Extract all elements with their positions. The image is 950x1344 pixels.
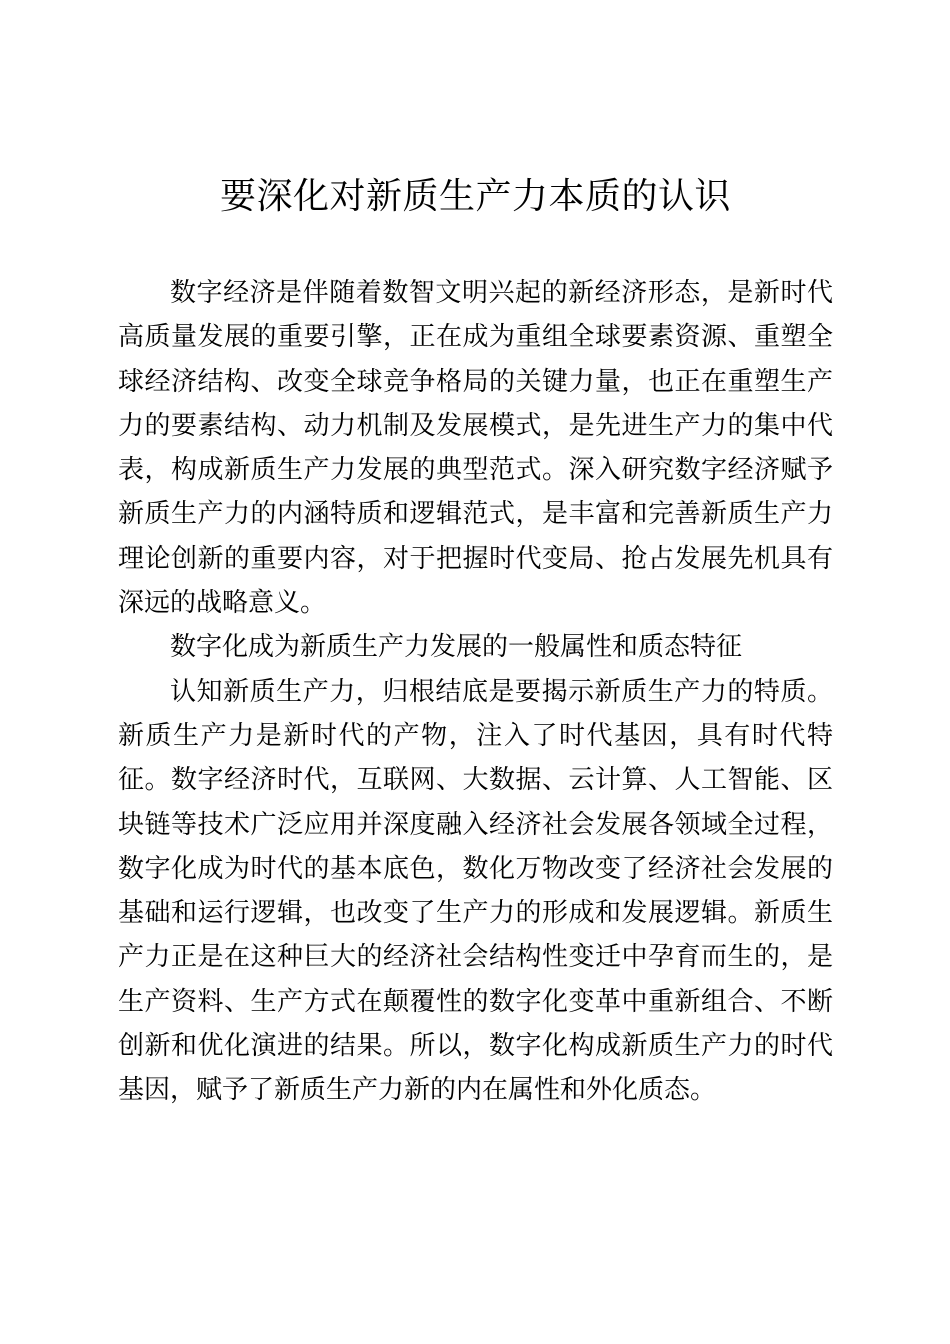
text-line: 新质生产力是新时代的产物，注入了时代基因，具有时代特 [118, 713, 833, 757]
document-page: 要深化对新质生产力本质的认识 数字经济是伴随着数智文明兴起的新经济形态，是新时代… [0, 0, 950, 1344]
paragraph-intro: 数字经济是伴随着数智文明兴起的新经济形态，是新时代 高质量发展的重要引擎，正在成… [118, 270, 833, 624]
text-line: 基础和运行逻辑，也改变了生产力的形成和发展逻辑。新质生 [118, 890, 833, 934]
text-line: 基因，赋予了新质生产力新的内在属性和外化质态。 [118, 1067, 833, 1111]
text-line: 产力正是在这种巨大的经济社会结构性变迁中孕育而生的，是 [118, 934, 833, 978]
text-line: 球经济结构、改变全球竞争格局的关键力量，也正在重塑生产 [118, 359, 833, 403]
document-content: 要深化对新质生产力本质的认识 数字经济是伴随着数智文明兴起的新经济形态，是新时代… [0, 0, 950, 1112]
text-line: 深远的战略意义。 [118, 580, 833, 624]
text-line: 认知新质生产力，归根结底是要揭示新质生产力的特质。 [118, 669, 833, 713]
text-line: 高质量发展的重要引擎，正在成为重组全球要素资源、重塑全 [118, 314, 833, 358]
text-line: 块链等技术广泛应用并深度融入经济社会发展各领域全过程， [118, 802, 833, 846]
text-line: 力的要素结构、动力机制及发展模式，是先进生产力的集中代 [118, 403, 833, 447]
text-line: 数字化成为时代的基本底色，数化万物改变了经济社会发展的 [118, 846, 833, 890]
text-line: 创新和优化演进的结果。所以，数字化构成新质生产力的时代 [118, 1023, 833, 1067]
text-line: 理论创新的重要内容，对于把握时代变局、抢占发展先机具有 [118, 536, 833, 580]
section-heading-line: 数字化成为新质生产力发展的一般属性和质态特征 [118, 624, 833, 668]
paragraph-section-heading: 数字化成为新质生产力发展的一般属性和质态特征 [118, 624, 833, 668]
text-line: 数字经济是伴随着数智文明兴起的新经济形态，是新时代 [118, 270, 833, 314]
text-line: 新质生产力的内涵特质和逻辑范式，是丰富和完善新质生产力 [118, 491, 833, 535]
paragraph-body: 认知新质生产力，归根结底是要揭示新质生产力的特质。 新质生产力是新时代的产物，注… [118, 669, 833, 1112]
text-line: 生产资料、生产方式在颠覆性的数字化变革中重新组合、不断 [118, 979, 833, 1023]
document-title: 要深化对新质生产力本质的认识 [118, 170, 833, 222]
text-line: 征。数字经济时代，互联网、大数据、云计算、人工智能、区 [118, 757, 833, 801]
text-line: 表，构成新质生产力发展的典型范式。深入研究数字经济赋予 [118, 447, 833, 491]
